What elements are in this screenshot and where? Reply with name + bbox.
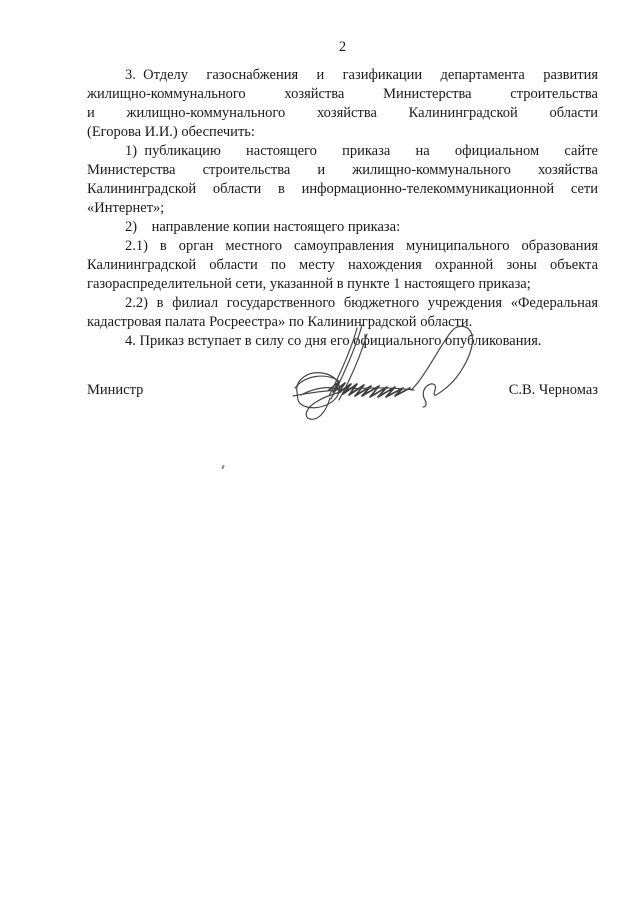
paragraph: 2) направление копии настоящего приказа: [87,218,598,237]
signer-title: Министр [87,381,143,400]
page-number: 2 [87,38,598,57]
text-line: (Егорова И.И.) обеспечить: [87,123,598,142]
paragraph: 3. Отделу газоснабжения и газификации де… [87,66,598,142]
paragraph: 2.1) в орган местного самоуправления мун… [87,237,598,294]
document-body: 3. Отделу газоснабжения и газификации де… [87,66,598,351]
text-line: Калининградской области в информационно-… [87,180,598,199]
text-line: газораспределительной сети, указанной в … [87,275,598,294]
text-line: Калининградской области по месту нахожде… [87,256,598,275]
text-line: 2.2) в филиал государственного бюджетног… [87,294,598,313]
scan-speck-artifact [221,465,225,469]
text-line: 3. Отделу газоснабжения и газификации де… [87,66,598,85]
text-line: 1) публикацию настоящего приказа на офиц… [87,142,598,161]
text-line: жилищно-коммунального хозяйства Министер… [87,85,598,104]
signature-scribble-icon [283,322,488,425]
document-page: 2 3. Отделу газоснабжения и газификации … [0,0,640,905]
text-line: Министерства строительства и жилищно-ком… [87,161,598,180]
text-line: 2.1) в орган местного самоуправления мун… [87,237,598,256]
signer-name: С.В. Черномаз [509,381,598,400]
paragraph: 1) публикацию настоящего приказа на офиц… [87,142,598,218]
text-line: «Интернет»; [87,199,598,218]
text-line: и жилищно-коммунального хозяйства Калини… [87,104,598,123]
text-line: 2) направление копии настоящего приказа: [87,218,598,237]
